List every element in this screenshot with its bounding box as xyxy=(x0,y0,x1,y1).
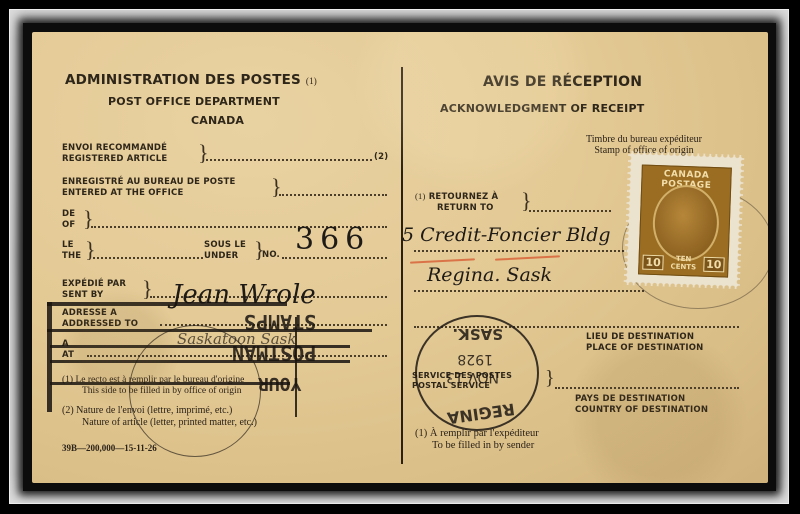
form-code: 39B—200,000—15-11-26 xyxy=(62,443,157,453)
destination-country-label: PAYS DE DESTINATION COUNTRY OF DESTINATI… xyxy=(575,394,708,416)
brace: } xyxy=(545,367,555,390)
return-to-label: (1) RETOURNEZ À RETURN TO xyxy=(415,191,498,214)
postal-service-field[interactable] xyxy=(555,387,739,389)
registration-number: 366 xyxy=(295,222,370,257)
footnote-2: (2) xyxy=(374,152,388,162)
postmark-content: REGINA NOV 13 1928 SASK. xyxy=(417,317,537,429)
left-title: ADMINISTRATION DES POSTES (1) xyxy=(65,72,317,88)
stamp-value-right: 10 xyxy=(703,257,725,273)
return-to-field[interactable] xyxy=(529,210,611,212)
postage-stamp: CANADA POSTAGE 10 TEN CENTS 10 xyxy=(628,155,740,285)
postmark-province: SASK. xyxy=(452,325,503,343)
country-label: CANADA xyxy=(191,114,244,127)
label-en: REGISTERED ARTICLE xyxy=(62,154,167,165)
acknowledgment-card: ADMINISTRATION DES POSTES (1) POST OFFIC… xyxy=(32,32,768,483)
label-fr: Timbre du bureau expéditeur xyxy=(586,134,702,145)
label-fr: LIEU DE DESTINATION xyxy=(586,332,704,343)
entered-office-field[interactable] xyxy=(279,194,387,196)
brace: } xyxy=(83,206,94,232)
label-fr: ADRESSE A xyxy=(62,308,138,319)
label-fr: DE xyxy=(62,209,75,220)
right-title: AVIS DE RÉCEPTION xyxy=(483,74,642,90)
title-footnote: (1) xyxy=(306,76,317,86)
label-en: THE xyxy=(62,251,81,262)
sender-footnote: (1) À remplir par l'expéditeur To be fil… xyxy=(415,428,539,452)
postmark-city: REGINA xyxy=(446,399,516,427)
registered-article-label: ENVOI RECOMMANDÉ REGISTERED ARTICLE xyxy=(62,143,167,165)
number-field[interactable] xyxy=(282,257,387,259)
at-label: A AT xyxy=(62,339,74,361)
rubber-stamp-bar xyxy=(47,302,287,306)
postmark-left xyxy=(129,325,261,457)
right-subtitle: ACKNOWLEDGMENT OF RECEIPT xyxy=(440,102,644,115)
return-address-line1: 5 Credit-Foncier Bldg xyxy=(402,224,611,246)
label-fr: ENREGISTRÉ AU BUREAU DE POSTE xyxy=(62,177,236,188)
label-en: OF xyxy=(62,220,75,231)
red-underline xyxy=(495,255,560,260)
label-en: PLACE OF DESTINATION xyxy=(586,343,704,354)
stamp-design: CANADA POSTAGE 10 TEN CENTS 10 xyxy=(638,164,732,277)
brace: } xyxy=(142,276,153,302)
label-fr: RETOURNEZ À xyxy=(429,192,499,202)
note-en: To be filled in by sender xyxy=(415,440,539,452)
brace: } xyxy=(85,237,96,263)
under-label: SOUS LE UNDER xyxy=(204,240,246,262)
label-fr: ENVOI RECOMMANDÉ xyxy=(62,143,167,154)
label-en: COUNTRY OF DESTINATION xyxy=(575,405,708,416)
king-portrait xyxy=(652,184,721,262)
return-address-field-2[interactable] xyxy=(414,290,644,292)
footnote-marker: (1) xyxy=(415,191,426,201)
stamp-value-left: 10 xyxy=(642,255,664,271)
return-address-field-1[interactable] xyxy=(414,250,644,252)
left-subtitle: POST OFFICE DEPARTMENT xyxy=(108,95,280,108)
return-address-line2: Regina. Sask xyxy=(427,264,552,286)
label-en: ENTERED AT THE OFFICE xyxy=(62,188,236,199)
date-field[interactable] xyxy=(93,257,203,259)
rubber-stamp-text: STAMPS xyxy=(244,310,316,334)
rubber-stamp-bar xyxy=(47,302,52,412)
addressed-to-label: ADRESSE A ADDRESSED TO xyxy=(62,308,138,330)
registered-article-field[interactable] xyxy=(206,159,372,161)
center-divider xyxy=(401,67,403,464)
sent-by-label: EXPÉDIÉ PAR SENT BY xyxy=(62,279,126,301)
red-underline xyxy=(410,258,475,263)
label-en: RETURN TO xyxy=(415,203,498,214)
brace: } xyxy=(198,140,209,166)
rubber-stamp-text: YOUR xyxy=(258,373,301,394)
label-fr: LE xyxy=(62,240,81,251)
brace: } xyxy=(271,174,282,200)
destination-place-label: LIEU DE DESTINATION PLACE OF DESTINATION xyxy=(586,332,704,354)
entered-office-label: ENREGISTRÉ AU BUREAU DE POSTE ENTERED AT… xyxy=(62,177,236,199)
label-fr: PAYS DE DESTINATION xyxy=(575,394,708,405)
label-fr: EXPÉDIÉ PAR xyxy=(62,279,126,290)
of-label: DE OF xyxy=(62,209,75,231)
date-label: LE THE xyxy=(62,240,81,262)
title-text: ADMINISTRATION DES POSTES xyxy=(65,72,301,88)
stamp-denomination: TEN CENTS xyxy=(665,254,702,271)
number-label: NO. xyxy=(262,250,280,260)
postmark-year: 1928 xyxy=(457,351,493,367)
label-fr: SOUS LE xyxy=(204,240,246,251)
regina-postmark: REGINA NOV 13 1928 SASK. xyxy=(415,315,539,431)
label-en: SENT BY xyxy=(62,290,126,301)
label-en: UNDER xyxy=(204,251,246,262)
postmark-date: NOV 13 xyxy=(446,369,499,385)
